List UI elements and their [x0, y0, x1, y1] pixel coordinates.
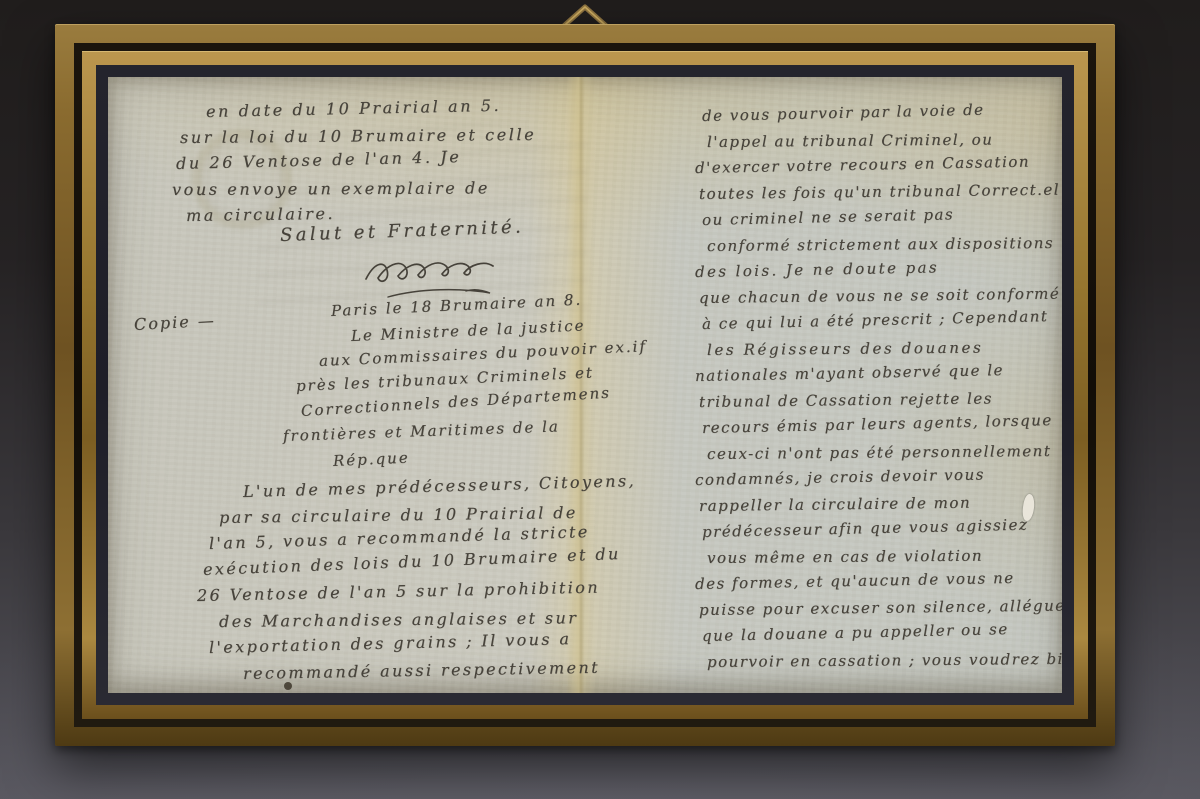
body-block: L'un de mes prédécesseurs, Citoyens,par …	[203, 479, 636, 687]
picture-frame: en date du 10 Prairial an 5.sur la loi d…	[55, 24, 1115, 746]
manuscript-paper: en date du 10 Prairial an 5.sur la loi d…	[108, 77, 1062, 693]
manuscript-line: de vous pourvoir par la voie de	[702, 94, 1062, 129]
manuscript-line: pourvoir en cassation ; vous voudrez bie…	[707, 646, 1062, 675]
manuscript-line: recommandé aussi respectivement	[243, 654, 637, 687]
photograph-backdrop: en date du 10 Prairial an 5.sur la loi d…	[0, 0, 1200, 799]
opening-block: en date du 10 Prairial an 5.sur la loi d…	[168, 99, 536, 229]
heading-block: Paris le 18 Brumaire an 8.Le Ministre de…	[278, 299, 647, 474]
copy-label: Copie —	[134, 311, 217, 334]
manuscript-line: en date du 10 Prairial an 5.	[206, 92, 537, 125]
manuscript-right-page: de vous pourvoir par la voie del'appel a…	[693, 103, 1062, 675]
